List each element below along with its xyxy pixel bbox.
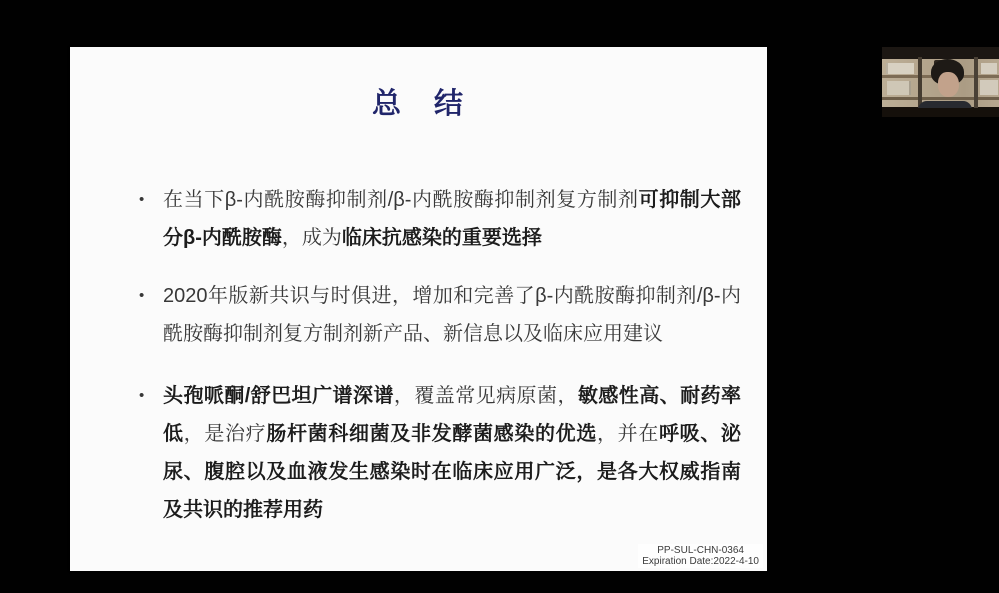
shelf-post [918,57,922,109]
bullet-text: 在当下β-内酰胺酶抑制剂/β-内酰胺酶抑制剂复方制剂可抑制大部分β-内酰胺酶，成… [163,189,741,249]
bullet-item: •在当下β-内酰胺酶抑制剂/β-内酰胺酶抑制剂复方制剂可抑制大部分β-内酰胺酶，… [163,181,741,257]
bullet-text: 头孢哌酮/舒巴坦广谱深谱，覆盖常见病原菌，敏感性高、耐药率低，是治疗肠杆菌科细菌… [163,385,741,521]
meeting-screen: { "colors": { "background": "#010101", "… [0,0,999,593]
books-on-shelf [980,80,998,95]
bullet-item: •头孢哌酮/舒巴坦广谱深谱，覆盖常见病原菌，敏感性高、耐药率低，是治疗肠杆菌科细… [163,377,741,529]
books-on-shelf [887,81,911,95]
desk-shadow [882,108,999,117]
slide-footer: PP-SUL-CHN-0364 Expiration Date:2022-4-1… [638,544,763,568]
bullet-text: 2020年版新共识与时俱进，增加和完善了β-内酰胺酶抑制剂/β-内酰胺酶抑制剂复… [163,285,741,345]
presenter-face [938,72,959,97]
bullet-marker: • [139,181,144,219]
presentation-slide: 总 结 •在当下β-内酰胺酶抑制剂/β-内酰胺酶抑制剂复方制剂可抑制大部分β-内… [70,47,767,571]
presenter-video-tile[interactable] [882,47,999,117]
books-on-shelf [981,63,997,74]
bullet-marker: • [139,377,144,415]
bullet-list: •在当下β-内酰胺酶抑制剂/β-内酰胺酶抑制剂复方制剂可抑制大部分β-内酰胺酶，… [163,181,741,529]
shelf-board [882,97,999,100]
books-on-shelf [886,63,914,74]
bullet-item: •2020年版新共识与时俱进，增加和完善了β-内酰胺酶抑制剂/β-内酰胺酶抑制剂… [163,277,741,353]
ceiling-shadow [882,47,999,59]
bullet-marker: • [139,277,144,315]
shelf-post [974,57,978,109]
footer-code: PP-SUL-CHN-0364 [642,545,759,556]
footer-expiration-date: Expiration Date:2022-4-10 [642,556,759,567]
slide-title: 总 结 [70,83,767,125]
